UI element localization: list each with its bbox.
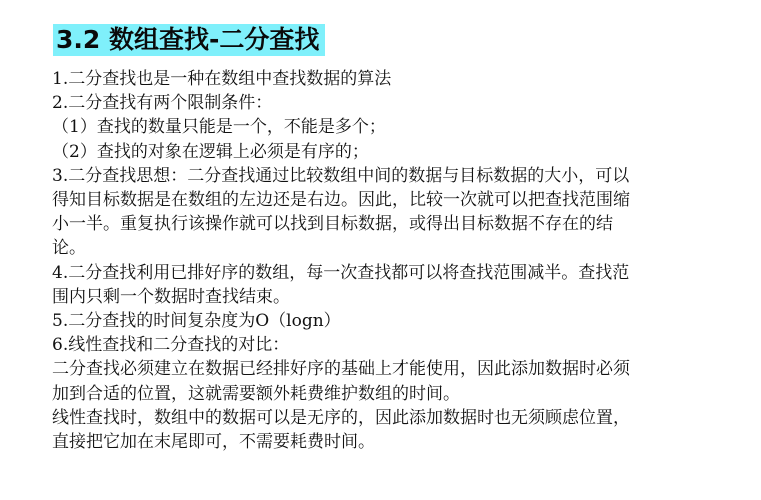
point-2-condition-2: （2）查找的对象在逻辑上必须是有序的； <box>52 140 712 164</box>
slide-body: 1.二分查找也是一种在数组中查找数据的算法 2.二分查找有两个限制条件： （1）… <box>52 67 712 454</box>
comparison-binary-line-1: 二分查找必须建立在数据已经排好序的基础上才能使用，因此添加数据时必须 <box>52 357 712 381</box>
point-3-line-2: 得知目标数据是在数组的左边还是右边。因此，比较一次就可以把查找范围缩 <box>52 188 712 212</box>
point-2-condition-1: （1）查找的数量只能是一个，不能是多个； <box>52 115 712 139</box>
comparison-linear-line-1: 线性查找时，数组中的数据可以是无序的，因此添加数据时也无须顾虑位置， <box>52 406 712 430</box>
slide: 3.2 数组查找-二分查找 1.二分查找也是一种在数组中查找数据的算法 2.二分… <box>0 0 761 500</box>
point-2: 2.二分查找有两个限制条件： <box>52 91 712 115</box>
slide-title: 3.2 数组查找-二分查找 <box>53 24 325 56</box>
comparison-binary-line-2: 加到合适的位置，这就需要额外耗费维护数组的时间。 <box>52 382 712 406</box>
point-6: 6.线性查找和二分查找的对比： <box>52 333 712 357</box>
point-5: 5.二分查找的时间复杂度为O（logn） <box>52 309 712 333</box>
point-4-line-1: 4.二分查找利用已排好序的数组，每一次查找都可以将查找范围减半。查找范 <box>52 261 712 285</box>
point-1: 1.二分查找也是一种在数组中查找数据的算法 <box>52 67 712 91</box>
point-4-line-2: 围内只剩一个数据时查找结束。 <box>52 285 712 309</box>
point-3-line-1: 3.二分查找思想：二分查找通过比较数组中间的数据与目标数据的大小，可以 <box>52 164 712 188</box>
comparison-linear-line-2: 直接把它加在末尾即可，不需要耗费时间。 <box>52 430 712 454</box>
point-3-line-4: 论。 <box>52 236 712 260</box>
point-3-line-3: 小一半。重复执行该操作就可以找到目标数据，或得出目标数据不存在的结 <box>52 212 712 236</box>
